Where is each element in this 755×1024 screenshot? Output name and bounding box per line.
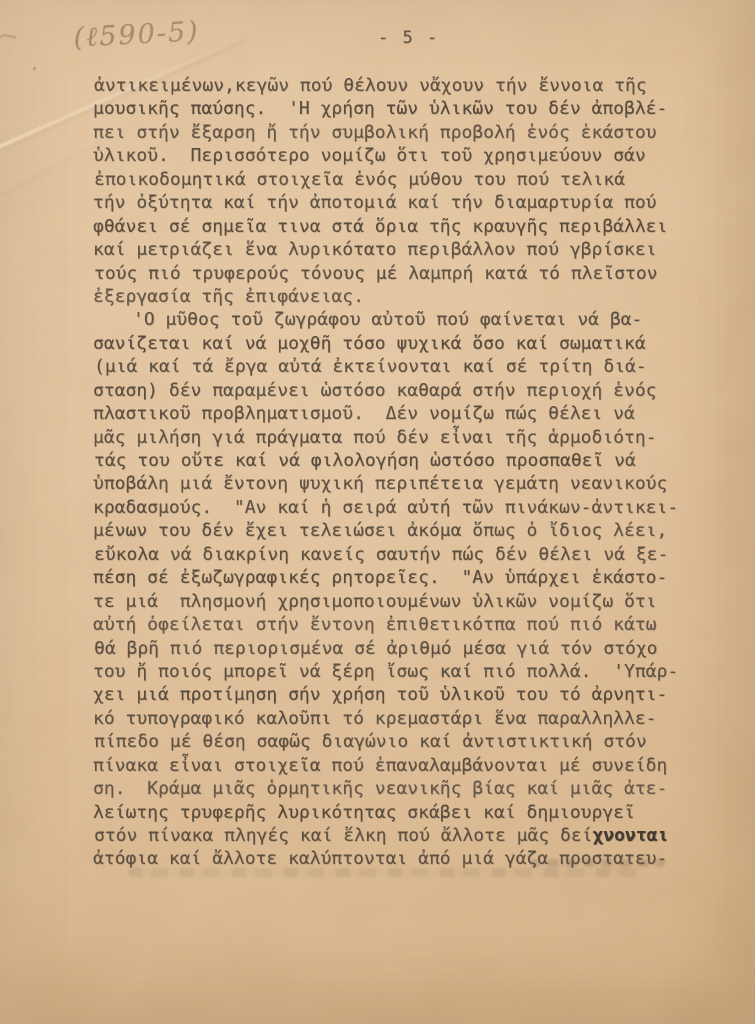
text-line: τήν ὀξύτητα καί τήν ἀποτομιά καί τήν δια… [93, 191, 703, 214]
text-line: πέση σέ ἐξωζωγραφικές ρητορεῖες. "Αν ὑπά… [93, 566, 703, 589]
text-line: μένων του δέν ἔχει τελειώσει ἀκόμα ὅπως … [93, 519, 703, 542]
text-line: μουσικῆς παύσης. 'Η χρήση τῶν ὑλικῶν του… [93, 97, 703, 120]
ghost-ink-smudge [128, 868, 640, 877]
text-line: ὑλικοῦ. Περισσότερο νομίζω ὅτι τοῦ χρησι… [93, 144, 703, 167]
pencil-edge-mark [0, 32, 16, 56]
text-line: του ἤ ποιός μπορεῖ νά ξέρη ἴσως καί πιό … [93, 660, 703, 683]
text-line: τάς του οὔτε καί νά φιλολογήση ὡστόσο πρ… [94, 449, 704, 472]
text-line: κραδασμούς. "Αν καί ἡ σειρά αὐτή τῶν πιν… [93, 496, 703, 519]
page-number: - 5 - [378, 28, 439, 48]
text-line: λείωτης τρυφερῆς λυρικότητας σκάβει καί … [93, 801, 703, 824]
text-line: πίνακα εἶναι στοιχεῖα πού ἐπαναλαμβάνοντ… [93, 754, 703, 777]
text-line: 'Ο μῦθος τοῦ ζωγράφου αὐτοῦ πού φαίνεται… [93, 308, 703, 331]
text-line: (μιά καί τά ἔργα αὐτά ἐκτείνονται καί σέ… [94, 355, 704, 378]
ink-speck [33, 67, 36, 70]
text-line: τε μιά πλησμονή χρησιμοποιουμένων ὑλικῶν… [93, 590, 703, 613]
heavy-ink-text: χνονται [593, 825, 669, 846]
text-line: φθάνει σέ σημεῖα τινα στά ὅρια τῆς κραυγ… [93, 215, 703, 238]
scanned-paper-page: (ℓ590-5) - 5 - ἀντικειμένων,κεγῶν πού θέ… [0, 0, 755, 1024]
text-line: πλαστικοῦ προβληματισμοῦ. Δέν νομίζω πώς… [93, 402, 703, 425]
text-line: σανίζεται καί νά μοχθῆ τόσο ψυχικά ὅσο κ… [93, 332, 703, 355]
text-line: αὐτή ὀφείλεται στήν ἔντονη ἐπιθετικότπα … [93, 613, 703, 636]
text-line: θά βρῆ πιό περιορισμένα σέ ἀριθμό μέσα γ… [94, 637, 704, 660]
text-line: καί μετριάζει ἕνα λυρικότατο περιβάλλον … [93, 238, 703, 261]
text-line: στόν πίνακα πληγές καί ἕλκη πού ἄλλοτε μ… [94, 824, 704, 847]
ghost-ink-smudge [530, 859, 665, 867]
text-line: μᾶς μιλήση γιά πράγματα πού δέν εἶναι τῆ… [93, 426, 703, 449]
text-line: ἐποικοδομητικά στοιχεῖα ἑνός μύθου του π… [94, 168, 704, 191]
text-line: ἀντικειμένων,κεγῶν πού θέλουν νἄχουν τήν… [94, 74, 704, 97]
text-line: ση. Κράμα μιᾶς ὁρμητικῆς νεανικῆς βίας κ… [93, 777, 703, 800]
text-block: ἀντικειμένων,κεγῶν πού θέλουν νἄχουν τήν… [93, 74, 703, 871]
text-line: ὑποβάλη μιά ἔντονη ψυχική περιπέτεια γεμ… [93, 472, 703, 495]
handwritten-annotation: (ℓ590-5) [73, 13, 255, 74]
text-line: πίπεδο μέ θέση σαφῶς διαγώνιο καί ἀντιστ… [94, 730, 704, 753]
text-line: κό τυπογραφικό καλοῦπι τό κρεμαστάρι ἕνα… [93, 707, 703, 730]
text-line: τούς πιό τρυφερούς τόνους μέ λαμπρή κατά… [94, 262, 704, 285]
text-line: εὔκολα νά διακρίνη κανείς σαυτήν πώς δέν… [94, 543, 704, 566]
text-line: ἐξεργασία τῆς ἐπιφάνειας. [93, 285, 703, 308]
text-line: σταση) δέν παραμένει ὡστόσο καθαρά στήν … [93, 379, 703, 402]
text-line: πει στήν ἔξαρση ἤ τήν συμβολική προβολή … [93, 121, 703, 144]
text-line: χει μιά προτίμηση σήν χρήση τοῦ ὑλικοῦ τ… [93, 683, 703, 706]
